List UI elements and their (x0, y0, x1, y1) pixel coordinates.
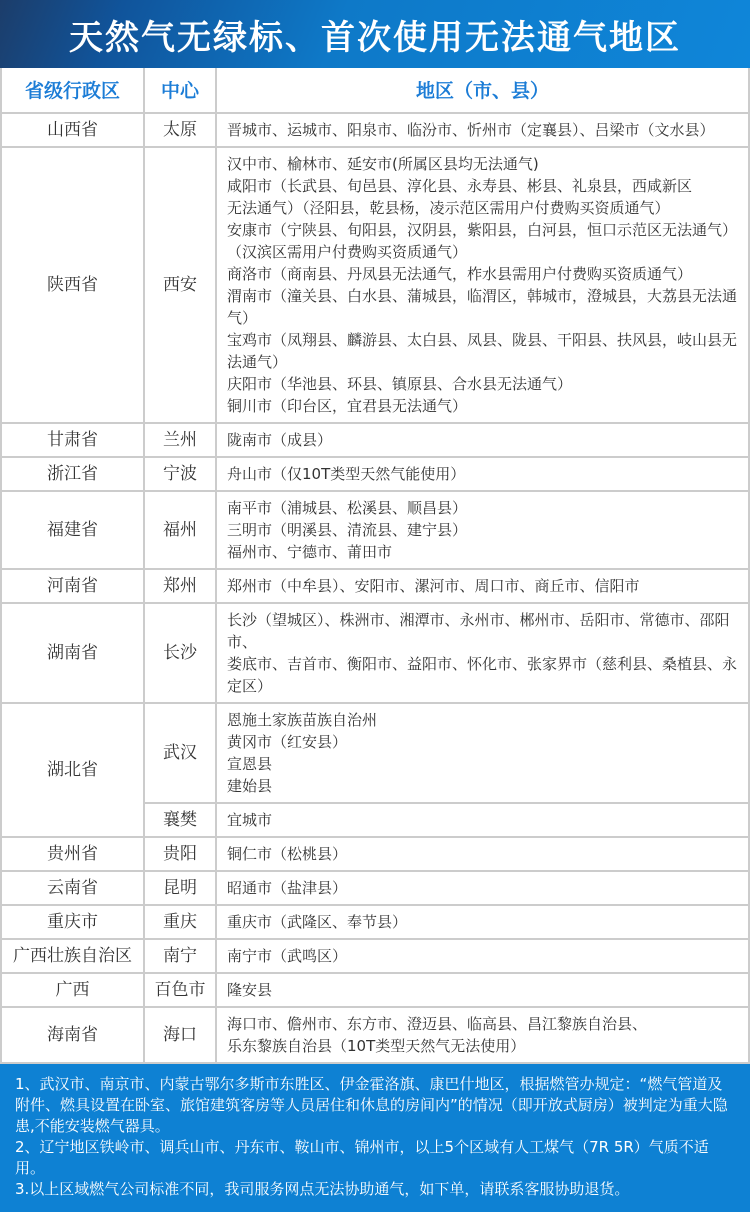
center-cell: 襄樊 (144, 803, 216, 837)
region-line: 海口市、儋州市、东方市、澄迈县、临高县、昌江黎族自治县、 (227, 1013, 738, 1035)
table-row: 河南省 郑州 郑州市（中牟县）、安阳市、漯河市、周口市、商丘市、信阳市 (1, 569, 749, 603)
table-row: 重庆市 重庆 重庆市（武隆区、奉节县） (1, 905, 749, 939)
region-line: 宜城市 (227, 809, 738, 831)
center-cell: 海口 (144, 1007, 216, 1063)
region-cell: 铜仁市（松桃县） (216, 837, 749, 871)
province-cell: 贵州省 (1, 837, 144, 871)
region-cell: 重庆市（武隆区、奉节县） (216, 905, 749, 939)
province-cell: 湖北省 (1, 703, 144, 837)
table-row: 贵州省 贵阳 铜仁市（松桃县） (1, 837, 749, 871)
region-line: 无法通气）（泾阳县，乾县杨，凌示范区需用户付费购买资质通气） (227, 197, 738, 219)
center-cell: 郑州 (144, 569, 216, 603)
center-cell: 重庆 (144, 905, 216, 939)
region-line: 福州市、宁德市、莆田市 (227, 541, 738, 563)
province-cell: 河南省 (1, 569, 144, 603)
center-cell: 武汉 (144, 703, 216, 803)
footer-note: 2、辽宁地区铁岭市、调兵山市、丹东市、鞍山市、锦州市，以上5个区域有人工煤气（7… (15, 1137, 735, 1179)
center-cell: 兰州 (144, 423, 216, 457)
region-cell: 隆安县 (216, 973, 749, 1007)
region-line: 建始县 (227, 775, 738, 797)
region-line: 咸阳市（长武县、旬邑县、淳化县、永寿县、彬县、礼泉县，西咸新区 (227, 175, 738, 197)
region-cell: 长沙（望城区）、株洲市、湘潭市、永州市、郴州市、岳阳市、常德市、邵阳市、 娄底市… (216, 603, 749, 703)
region-line: 黄冈市（红安县） (227, 731, 738, 753)
center-cell: 宁波 (144, 457, 216, 491)
region-cell: 陇南市（成县） (216, 423, 749, 457)
center-cell: 太原 (144, 113, 216, 147)
region-line: 安康市（宁陕县、旬阳县，汉阴县，紫阳县，白河县，恒口示范区无法通气） (227, 219, 738, 241)
center-cell: 南宁 (144, 939, 216, 973)
center-cell: 长沙 (144, 603, 216, 703)
region-cell: 郑州市（中牟县）、安阳市、漯河市、周口市、商丘市、信阳市 (216, 569, 749, 603)
region-line: 铜仁市（松桃县） (227, 843, 738, 865)
region-line: 宣恩县 (227, 753, 738, 775)
center-cell: 贵阳 (144, 837, 216, 871)
footer-notes: 1、武汉市、南京市、内蒙古鄂尔多斯市东胜区、伊金霍洛旗、康巴什地区，根据燃管办规… (0, 1064, 750, 1212)
province-cell: 陕西省 (1, 147, 144, 423)
region-line: 庆阳市（华池县、环县、镇原县、合水县无法通气） (227, 373, 738, 395)
region-line: 南宁市（武鸣区） (227, 945, 738, 967)
banner: 天然气无绿标、首次使用无法通气地区 (0, 0, 750, 68)
table-row: 陕西省 西安 汉中市、榆林市、延安市(所属区县均无法通气) 咸阳市（长武县、旬邑… (1, 147, 749, 423)
region-cell: 昭通市（盐津县） (216, 871, 749, 905)
region-line: 陇南市（成县） (227, 429, 738, 451)
province-cell: 浙江省 (1, 457, 144, 491)
region-line: 重庆市（武隆区、奉节县） (227, 911, 738, 933)
region-line: 乐东黎族自治县（10T类型天然气无法使用） (227, 1035, 738, 1057)
region-line: 铜川市（印台区，宜君县无法通气） (227, 395, 738, 417)
table-row: 湖北省 武汉 恩施土家族苗族自治州 黄冈市（红安县） 宣恩县 建始县 (1, 703, 749, 803)
region-cell: 恩施土家族苗族自治州 黄冈市（红安县） 宣恩县 建始县 (216, 703, 749, 803)
region-line: 渭南市（潼关县、白水县、蒲城县，临渭区，韩城市，澄城县，大荔县无法通气） (227, 285, 738, 329)
region-line: 恩施土家族苗族自治州 (227, 709, 738, 731)
col-header-region: 地区（市、县） (216, 68, 749, 113)
table-row: 广西 百色市 隆安县 (1, 973, 749, 1007)
col-header-province: 省级行政区 (1, 68, 144, 113)
table-header-row: 省级行政区 中心 地区（市、县） (1, 68, 749, 113)
province-cell: 云南省 (1, 871, 144, 905)
region-line: （汉滨区需用户付费购买资质通气） (227, 241, 738, 263)
footer-note: 3.以上区域燃气公司标准不同，我司服务网点无法协助通气，如下单，请联系客服协助退… (15, 1179, 735, 1200)
table-row: 海南省 海口 海口市、儋州市、东方市、澄迈县、临高县、昌江黎族自治县、 乐东黎族… (1, 1007, 749, 1063)
region-line: 舟山市（仅10T类型天然气能使用） (227, 463, 738, 485)
table-row: 甘肃省 兰州 陇南市（成县） (1, 423, 749, 457)
region-line: 三明市（明溪县、清流县、建宁县） (227, 519, 738, 541)
region-cell: 宜城市 (216, 803, 749, 837)
regions-table: 省级行政区 中心 地区（市、县） 山西省 太原 晋城市、运城市、阳泉市、临汾市、… (0, 68, 750, 1064)
region-line: 南平市（浦城县、松溪县、顺昌县） (227, 497, 738, 519)
region-cell: 汉中市、榆林市、延安市(所属区县均无法通气) 咸阳市（长武县、旬邑县、淳化县、永… (216, 147, 749, 423)
center-cell: 西安 (144, 147, 216, 423)
page: 天然气无绿标、首次使用无法通气地区 省级行政区 中心 地区（市、县） 山西省 太… (0, 0, 750, 1212)
province-cell: 重庆市 (1, 905, 144, 939)
region-cell: 海口市、儋州市、东方市、澄迈县、临高县、昌江黎族自治县、 乐东黎族自治县（10T… (216, 1007, 749, 1063)
region-line: 宝鸡市（凤翔县、麟游县、太白县、凤县、陇县、干阳县、扶风县，岐山县无法通气） (227, 329, 738, 373)
region-line: 商洛市（商南县、丹凤县无法通气，柞水县需用户付费购买资质通气） (227, 263, 738, 285)
region-line: 长沙（望城区）、株洲市、湘潭市、永州市、郴州市、岳阳市、常德市、邵阳市、 (227, 609, 738, 653)
table-row: 福建省 福州 南平市（浦城县、松溪县、顺昌县） 三明市（明溪县、清流县、建宁县）… (1, 491, 749, 569)
table-row: 浙江省 宁波 舟山市（仅10T类型天然气能使用） (1, 457, 749, 491)
region-cell: 舟山市（仅10T类型天然气能使用） (216, 457, 749, 491)
region-line: 昭通市（盐津县） (227, 877, 738, 899)
region-line: 郑州市（中牟县）、安阳市、漯河市、周口市、商丘市、信阳市 (227, 575, 738, 597)
center-cell: 昆明 (144, 871, 216, 905)
table-row: 云南省 昆明 昭通市（盐津县） (1, 871, 749, 905)
page-title: 天然气无绿标、首次使用无法通气地区 (69, 10, 681, 59)
province-cell: 广西壮族自治区 (1, 939, 144, 973)
center-cell: 百色市 (144, 973, 216, 1007)
province-cell: 山西省 (1, 113, 144, 147)
province-cell: 福建省 (1, 491, 144, 569)
region-line: 汉中市、榆林市、延安市(所属区县均无法通气) (227, 153, 738, 175)
region-line: 娄底市、吉首市、衡阳市、益阳市、怀化市、张家界市（慈利县、桑植县、永定区） (227, 653, 738, 697)
table-row: 山西省 太原 晋城市、运城市、阳泉市、临汾市、忻州市（定襄县）、吕梁市（文水县） (1, 113, 749, 147)
region-cell: 晋城市、运城市、阳泉市、临汾市、忻州市（定襄县）、吕梁市（文水县） (216, 113, 749, 147)
province-cell: 海南省 (1, 1007, 144, 1063)
col-header-center: 中心 (144, 68, 216, 113)
table-row: 广西壮族自治区 南宁 南宁市（武鸣区） (1, 939, 749, 973)
table-row: 湖南省 长沙 长沙（望城区）、株洲市、湘潭市、永州市、郴州市、岳阳市、常德市、邵… (1, 603, 749, 703)
region-line: 晋城市、运城市、阳泉市、临汾市、忻州市（定襄县）、吕梁市（文水县） (227, 119, 738, 141)
region-line: 隆安县 (227, 979, 738, 1001)
province-cell: 广西 (1, 973, 144, 1007)
region-cell: 南宁市（武鸣区） (216, 939, 749, 973)
province-cell: 甘肃省 (1, 423, 144, 457)
footer-note: 1、武汉市、南京市、内蒙古鄂尔多斯市东胜区、伊金霍洛旗、康巴什地区，根据燃管办规… (15, 1074, 735, 1137)
center-cell: 福州 (144, 491, 216, 569)
province-cell: 湖南省 (1, 603, 144, 703)
region-cell: 南平市（浦城县、松溪县、顺昌县） 三明市（明溪县、清流县、建宁县） 福州市、宁德… (216, 491, 749, 569)
